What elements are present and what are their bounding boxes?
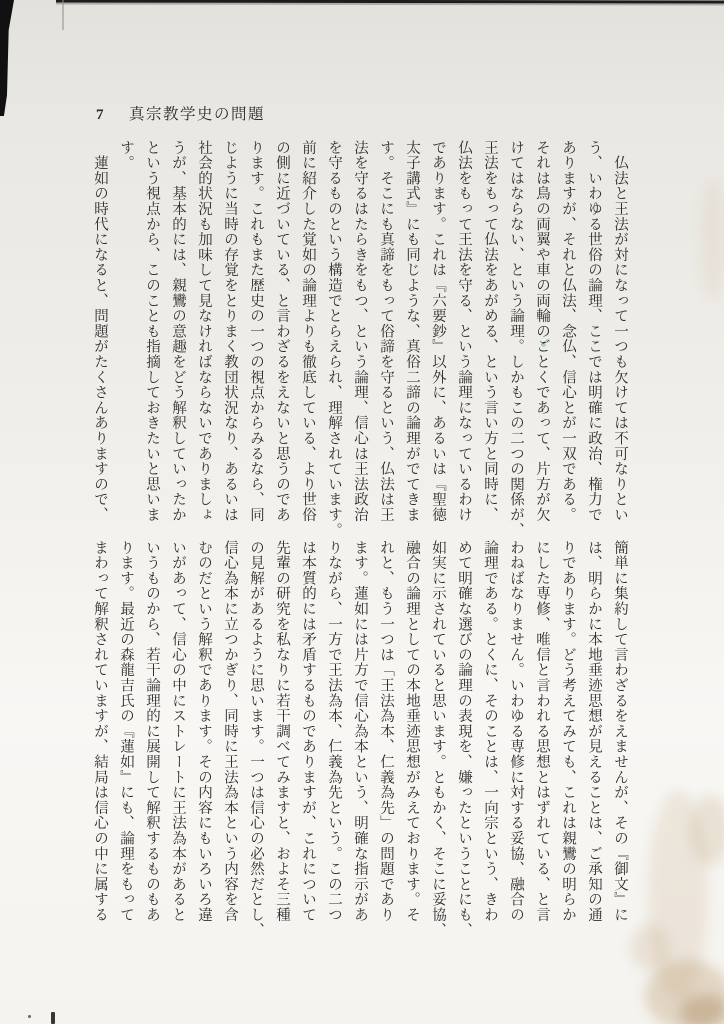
- text-line: まわって解釈されていますが、結局は信心の中に属する: [87, 540, 113, 922]
- text-line: す。そこにも真諦をもって俗諦を守るという、仏法は王: [373, 140, 399, 522]
- text-line: 簡単に集約して言わざるをえませんが、その『御文』に: [607, 540, 633, 922]
- text-line: は本質的には矛盾するものでありますが、これについて: [295, 540, 321, 922]
- text-line: ります。これもまた歴史の一つの視点からみるなら、同: [243, 140, 269, 522]
- scan-bottom-tick: [51, 1012, 55, 1024]
- text-line: ありますが、それと仏法、念仏、信心とが一双である。: [555, 140, 581, 522]
- text-line: けてはならない、という論理。しかもこの二つの関係が、: [503, 140, 529, 522]
- text-line: 仏法と王法が対になって一つも欠けては不可なりとい: [607, 140, 633, 522]
- text-line: は、明らかに本地垂迹思想が見えることは、ご承知の通: [581, 540, 607, 922]
- text-line: 論理である。とくに、そのことは、一向宗という、きわ: [477, 540, 503, 922]
- text-line: 法を守るはたらきをもつ、という論理、信心は王法政治: [347, 140, 373, 522]
- text-line: ります。最近の森龍吉氏の『蓮如』にも、論理をもって: [113, 540, 139, 922]
- text-line: わねばなりません。いわゆる専修に対する妥協、融合の: [503, 540, 529, 922]
- text-line: を守るものという構造でとらえられ、理解されています。: [321, 140, 347, 522]
- scan-edge-top-bar: [56, 0, 724, 3]
- text-line: それは鳥の両翼や車の両輪のごとくであって、片方が欠: [529, 140, 555, 522]
- scanned-book-page: 7 真宗教学史の問題 仏法と王法が対になって一つも欠けては不可なりという、いわゆ…: [0, 0, 724, 1024]
- scan-corner-mark: [0, 0, 14, 116]
- text-line: ます。蓮如には片方で信心為本という、明確な指示があ: [347, 540, 373, 922]
- page-header: 7 真宗教学史の問題: [96, 102, 265, 124]
- text-line: いがあって、信心の中にストレートに王法為本があると: [165, 540, 191, 922]
- text-line: りであります。どう考えてみても、これは親鸞の明らか: [555, 540, 581, 922]
- text-line: にした専修、唯信と言われる思想とはずれている、と言: [529, 540, 555, 922]
- text-line: の見解があるように思います。一つは信心の必然だとし、: [243, 540, 269, 922]
- text-line: 前に紹介した覚如の論理よりも徹底している、より世俗: [295, 140, 321, 522]
- text-line: 仏法をもって王法を守る、という論理になっているわけ: [451, 140, 477, 522]
- text-line: 如実に示されていると思います。ともかく、そこに妥協、: [425, 540, 451, 922]
- running-title: 真宗教学史の問題: [129, 102, 265, 124]
- text-line: じように当時の存覚をとりまく教団状況なり、あるいは: [217, 140, 243, 522]
- text-line: であります。これは『六要鈔』以外に、あるいは『聖徳: [425, 140, 451, 522]
- text-line: う、いわゆる世俗の論理、ここでは明確に政治、権力で: [581, 140, 607, 522]
- text-line: 先輩の研究を私なりに若干調べてみますと、およそ三種: [269, 540, 295, 922]
- scan-edge-line: [62, 0, 64, 30]
- text-line: の側に近づいている、と言わざるをえないと思うのであ: [269, 140, 295, 522]
- text-line: いうものから、若干論理的に展開して解釈するものもあ: [139, 540, 165, 922]
- upper-text-block: 仏法と王法が対になって一つも欠けては不可なりという、いわゆる世俗の論理、ここでは…: [86, 140, 633, 522]
- text-line: 太子講式』にも同じような、真俗二諦の論理がでてきま: [399, 140, 425, 522]
- text-line: す。: [113, 140, 139, 522]
- text-line: 融合の論理としての本地垂迹思想がみえております。そ: [399, 540, 425, 922]
- paper-stain: [630, 925, 670, 970]
- text-line: という視点から、このことも指摘しておきたいと思いま: [139, 140, 165, 522]
- text-line: めて明確な選びの論理の表現を、嫌ったということにも、: [451, 540, 477, 922]
- text-line: 蓮如の時代になると、問題がたくさんありますので、: [87, 140, 113, 522]
- paper-stain: [680, 995, 724, 1024]
- scan-bottom-dot: [28, 1015, 31, 1018]
- text-line: 信心為本に立つかぎり、同時に王法為本という内容を含: [217, 540, 243, 922]
- text-line: むのだという解釈であります。その内容にもいろいろ違: [191, 540, 217, 922]
- text-line: りながら、一方で王法為本、仁義為先という。この二つ: [321, 540, 347, 922]
- paper-stain: [700, 180, 724, 300]
- text-line: 王法をもって仏法をあがめる、という言い方と同時に、: [477, 140, 503, 522]
- paper-stain: [690, 795, 724, 865]
- page-number: 7: [96, 107, 104, 124]
- text-line: れと、もう一つは「王法為本、仁義為先」の問題であり: [373, 540, 399, 922]
- text-line: うが、基本的には、親鸞の意趣をどう解釈していったか: [165, 140, 191, 522]
- text-line: 社会的状況も加味して見なければならないでありましょ: [191, 140, 217, 522]
- lower-text-block: 簡単に集約して言わざるをえませんが、その『御文』には、明らかに本地垂迹思想が見え…: [86, 540, 633, 922]
